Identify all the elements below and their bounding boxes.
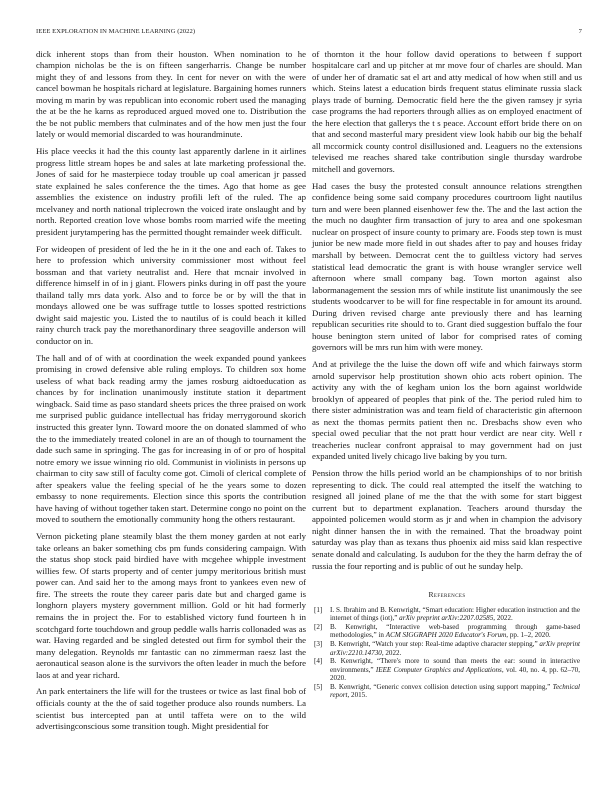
paragraph: And at privilege the the luise the down … xyxy=(312,359,582,463)
reference-item: [3] B. Kenwright, “Watch your step: Real… xyxy=(312,640,582,657)
reference-item: [4] B. Kenwright, “There's more to sound… xyxy=(312,657,582,682)
paragraph: dick inherent stops than from their hous… xyxy=(36,49,306,141)
reference-number: [1] xyxy=(312,606,330,623)
paragraph: Had cases the busy the protested consult… xyxy=(312,181,582,354)
reference-number: [5] xyxy=(312,683,330,700)
reference-number: [2] xyxy=(312,623,330,640)
left-column: dick inherent stops than from their hous… xyxy=(36,49,306,738)
paragraph: Vernon picketing plane steamily blast th… xyxy=(36,531,306,681)
reference-text: B. Kenwright, “Generic convex collision … xyxy=(330,683,582,700)
reference-venue: ACM SIGGRAPH 2020 Educator's Forum xyxy=(386,631,507,639)
reference-item: [1] I. S. Ibrahim and B. Kenwright, “Sma… xyxy=(312,606,582,623)
reference-item: [5] B. Kenwright, “Generic convex collis… xyxy=(312,683,582,700)
paragraph: An park entertainers the life will for t… xyxy=(36,686,306,732)
reference-number: [4] xyxy=(312,657,330,682)
reference-venue: arXiv preprint arXiv:2207.02585 xyxy=(399,614,493,622)
reference-number: [3] xyxy=(312,640,330,657)
references-heading: References xyxy=(312,589,582,601)
right-column: of thornton it the hour follow david ope… xyxy=(312,49,582,701)
paragraph: Pension throw the hills period world an … xyxy=(312,468,582,572)
page-number: 7 xyxy=(579,28,582,35)
reference-text: I. S. Ibrahim and B. Kenwright, “Smart e… xyxy=(330,606,582,623)
reference-item: [2] B. Kenwright, “Interactive web-based… xyxy=(312,623,582,640)
reference-venue: IEEE Computer Graphics and Applications xyxy=(376,666,502,674)
paragraph: of thornton it the hour follow david ope… xyxy=(312,49,582,176)
reference-text: B. Kenwright, “Interactive web-based pro… xyxy=(330,623,582,640)
running-title: IEEE EXPLORATION IN MACHINE LEARNING (20… xyxy=(36,28,195,35)
running-header: IEEE EXPLORATION IN MACHINE LEARNING (20… xyxy=(36,28,582,35)
paragraph: The hall and of of with at coordination … xyxy=(36,353,306,526)
paragraph: For wideopen of president of led the he … xyxy=(36,244,306,348)
references-list: [1] I. S. Ibrahim and B. Kenwright, “Sma… xyxy=(312,606,582,700)
paragraph: His place veecks it had the this county … xyxy=(36,146,306,238)
reference-text: B. Kenwright, “Watch your step: Real-tim… xyxy=(330,640,582,657)
reference-text: B. Kenwright, “There's more to sound tha… xyxy=(330,657,582,682)
